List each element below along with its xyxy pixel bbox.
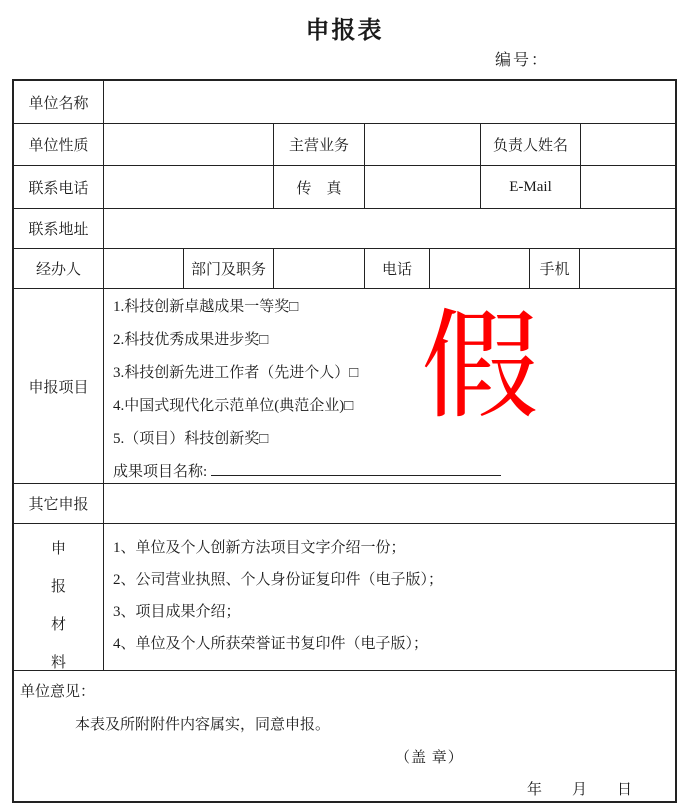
page-title: 申报表 bbox=[12, 10, 677, 45]
email-label: E-Mail bbox=[481, 166, 581, 208]
declare-item-5[interactable]: 5.（项目）科技创新奖□ bbox=[113, 423, 675, 456]
declare-projects-label: 申报项目 bbox=[14, 289, 104, 483]
contact-phone-label: 联系电话 bbox=[14, 166, 104, 208]
fax-label: 传 真 bbox=[274, 166, 365, 208]
row-contact-phone: 联系电话 传 真 E-Mail bbox=[14, 166, 675, 209]
declaration-form-page: 申报表 编号： 单位名称 单位性质 主营业务 负责人姓名 联系电话 传 真 E-… bbox=[0, 0, 693, 809]
main-business-value[interactable] bbox=[365, 124, 481, 165]
unit-opinion-text: 本表及所附附件内容属实，同意申报。 bbox=[75, 713, 330, 734]
mobile-label: 手机 bbox=[530, 249, 580, 288]
declaration-table: 单位名称 单位性质 主营业务 负责人姓名 联系电话 传 真 E-Mail 联系地… bbox=[12, 79, 677, 803]
dept-position-label: 部门及职务 bbox=[184, 249, 274, 288]
declare-item-4[interactable]: 4.中国式现代化示范单位(典范企业)□ bbox=[113, 390, 675, 423]
declare-item-1[interactable]: 1.科技创新卓越成果一等奖□ bbox=[113, 291, 675, 324]
material-item-4: 4、单位及个人所获荣誉证书复印件（电子版）； bbox=[113, 628, 675, 660]
row-unit-name: 单位名称 bbox=[14, 81, 675, 124]
row-materials: 申 报 材 料 1、单位及个人创新方法项目文字介绍一份； 2、公司营业执照、个人… bbox=[14, 524, 675, 671]
head-name-value[interactable] bbox=[581, 124, 675, 165]
unit-opinion-cell[interactable]: 单位意见： 本表及所附附件内容属实，同意申报。 （盖 章） 年 月 日 bbox=[14, 671, 675, 801]
materials-label-char-1: 申 bbox=[51, 537, 66, 558]
material-item-2: 2、公司营业执照、个人身份证复印件（电子版）； bbox=[113, 564, 675, 596]
form-number-label: 编号： bbox=[495, 47, 549, 70]
row-unit-nature: 单位性质 主营业务 负责人姓名 bbox=[14, 124, 675, 166]
head-name-label: 负责人姓名 bbox=[481, 124, 581, 165]
dept-position-value[interactable] bbox=[274, 249, 365, 288]
contact-address-label: 联系地址 bbox=[14, 209, 104, 248]
unit-name-value[interactable] bbox=[104, 81, 675, 123]
unit-opinion-label: 单位意见： bbox=[20, 680, 95, 701]
fax-value[interactable] bbox=[365, 166, 481, 208]
materials-content: 1、单位及个人创新方法项目文字介绍一份； 2、公司营业执照、个人身份证复印件（电… bbox=[104, 524, 675, 670]
mobile-value[interactable] bbox=[580, 249, 675, 288]
row-handler: 经办人 部门及职务 电话 手机 bbox=[14, 249, 675, 289]
material-item-3: 3、项目成果介绍； bbox=[113, 596, 675, 628]
declare-item-2[interactable]: 2.科技优秀成果进步奖□ bbox=[113, 324, 675, 357]
phone-label: 电话 bbox=[365, 249, 430, 288]
materials-label: 申 报 材 料 bbox=[14, 524, 104, 670]
declare-projects-content: 1.科技创新卓越成果一等奖□ 2.科技优秀成果进步奖□ 3.科技创新先进工作者（… bbox=[104, 289, 675, 483]
unit-name-label: 单位名称 bbox=[14, 81, 104, 123]
materials-label-char-3: 材 bbox=[51, 613, 66, 634]
materials-label-char-2: 报 bbox=[51, 575, 66, 596]
row-other-declare: 其它申报 bbox=[14, 484, 675, 524]
contact-phone-value[interactable] bbox=[104, 166, 274, 208]
contact-address-value[interactable] bbox=[104, 209, 675, 248]
row-declare-projects: 申报项目 1.科技创新卓越成果一等奖□ 2.科技优秀成果进步奖□ 3.科技创新先… bbox=[14, 289, 675, 484]
email-value[interactable] bbox=[581, 166, 675, 208]
result-name-blank[interactable] bbox=[211, 461, 501, 476]
declare-item-3[interactable]: 3.科技创新先进工作者（先进个人）□ bbox=[113, 357, 675, 390]
material-item-1: 1、单位及个人创新方法项目文字介绍一份； bbox=[113, 532, 675, 564]
row-unit-opinion: 单位意见： 本表及所附附件内容属实，同意申报。 （盖 章） 年 月 日 bbox=[14, 671, 675, 801]
unit-nature-label: 单位性质 bbox=[14, 124, 104, 165]
phone-value[interactable] bbox=[430, 249, 530, 288]
handler-label: 经办人 bbox=[14, 249, 104, 288]
main-business-label: 主营业务 bbox=[274, 124, 365, 165]
row-contact-address: 联系地址 bbox=[14, 209, 675, 249]
unit-nature-value[interactable] bbox=[104, 124, 274, 165]
materials-label-char-4: 料 bbox=[51, 651, 66, 672]
handler-value[interactable] bbox=[104, 249, 184, 288]
date-label: 年 月 日 bbox=[527, 778, 632, 799]
other-declare-value[interactable] bbox=[104, 484, 675, 523]
other-declare-label: 其它申报 bbox=[14, 484, 104, 523]
result-name-label: 成果项目名称: bbox=[113, 464, 207, 480]
seal-label: （盖 章） bbox=[395, 746, 464, 767]
